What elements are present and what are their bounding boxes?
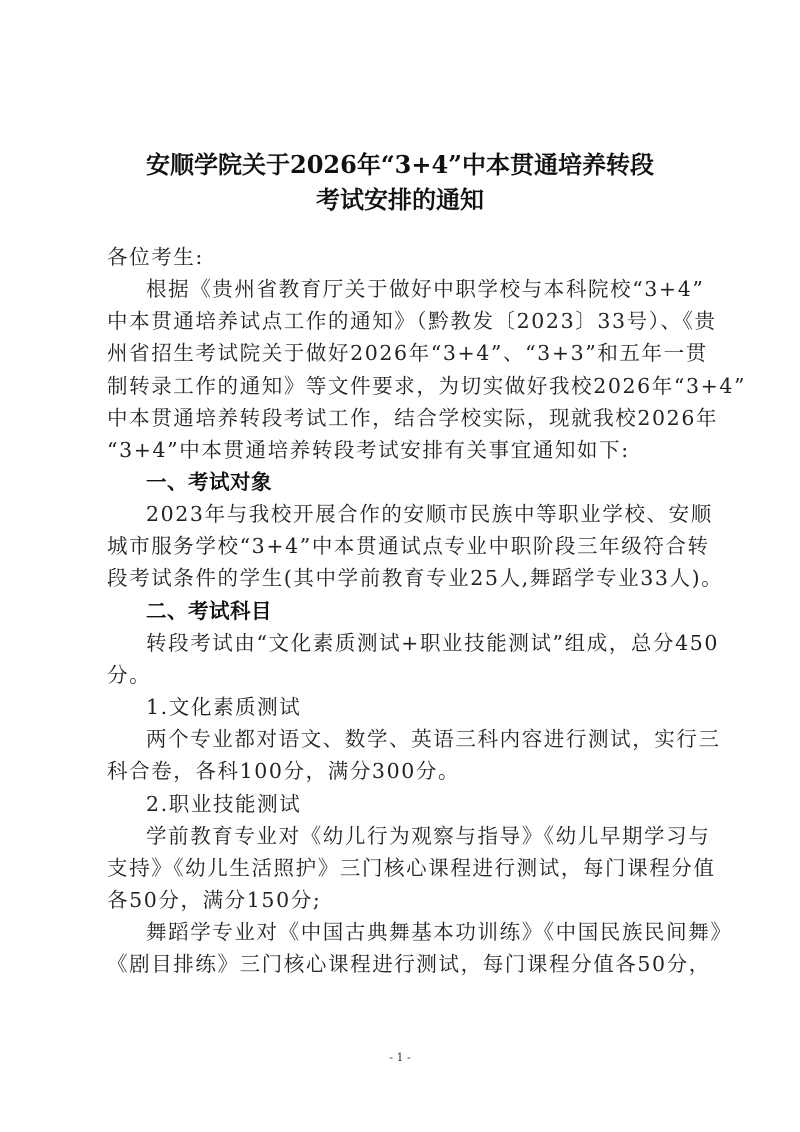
paragraph-line: 中本贯通培养试点工作的通知》（黔教发〔2023〕33号）、《贵 xyxy=(107,307,703,335)
paragraph-line: 城市服务学校“3+4”中本贯通试点专业中职阶段三年级符合转 xyxy=(107,532,703,560)
paragraph-line: 2023年与我校开展合作的安顺市民族中等职业学校、安顺 xyxy=(146,500,742,528)
page-number: - 1 - xyxy=(0,1051,800,1064)
paragraph-line: 支持》《幼儿生活照护》三门核心课程进行测试，每门课程分值 xyxy=(107,854,703,882)
paragraph-line: 根据《贵州省教育厅关于做好中职学校与本科院校“3+4” xyxy=(146,275,742,303)
document-title-line-1: 安顺学院关于2026年“3+4”中本贯通培养转段 xyxy=(100,145,700,180)
section-heading-exam-subjects-target: 一、考试对象 xyxy=(146,468,742,496)
subsection-heading-vocational-test: 2.职业技能测试 xyxy=(146,790,742,818)
paragraph-line: 中本贯通培养转段考试工作，结合学校实际，现就我校2026年 xyxy=(107,404,703,432)
paragraph-line: 两个专业都对语文、数学、英语三科内容进行测试，实行三 xyxy=(146,725,742,753)
subsection-heading-cultural-test: 1.文化素质测试 xyxy=(146,693,742,721)
paragraph-line: 舞蹈学专业对《中国古典舞基本功训练》《中国民族民间舞》 xyxy=(146,918,742,946)
paragraph-line: 州省招生考试院关于做好2026年“3+4”、“3+3”和五年一贯 xyxy=(107,339,703,367)
paragraph-line: 段考试条件的学生(其中学前教育专业25人,舞蹈学专业33人)。 xyxy=(107,564,703,592)
section-heading-exam-subjects: 二、考试科目 xyxy=(146,597,742,625)
salutation: 各位考生: xyxy=(107,243,703,271)
document-page: 安顺学院关于2026年“3+4”中本贯通培养转段 考试安排的通知 各位考生: 根… xyxy=(0,0,800,1132)
paragraph-line: 转段考试由“文化素质测试+职业技能测试”组成，总分450 xyxy=(146,629,742,657)
paragraph-line: 制转录工作的通知》等文件要求，为切实做好我校2026年“3+4” xyxy=(107,372,703,400)
paragraph-line: 分。 xyxy=(107,661,703,689)
paragraph-line: 《剧目排练》三门核心课程进行测试，每门课程分值各50分， xyxy=(107,950,703,978)
paragraph-line: 学前教育专业对《幼儿行为观察与指导》《幼儿早期学习与 xyxy=(146,822,742,850)
document-title-line-2: 考试安排的通知 xyxy=(100,180,700,215)
paragraph-line: 科合卷，各科100分，满分300分。 xyxy=(107,757,703,785)
paragraph-line: 各50分，满分150分; xyxy=(107,886,703,914)
paragraph-line: “3+4”中本贯通培养转段考试安排有关事宜通知如下: xyxy=(107,436,703,464)
